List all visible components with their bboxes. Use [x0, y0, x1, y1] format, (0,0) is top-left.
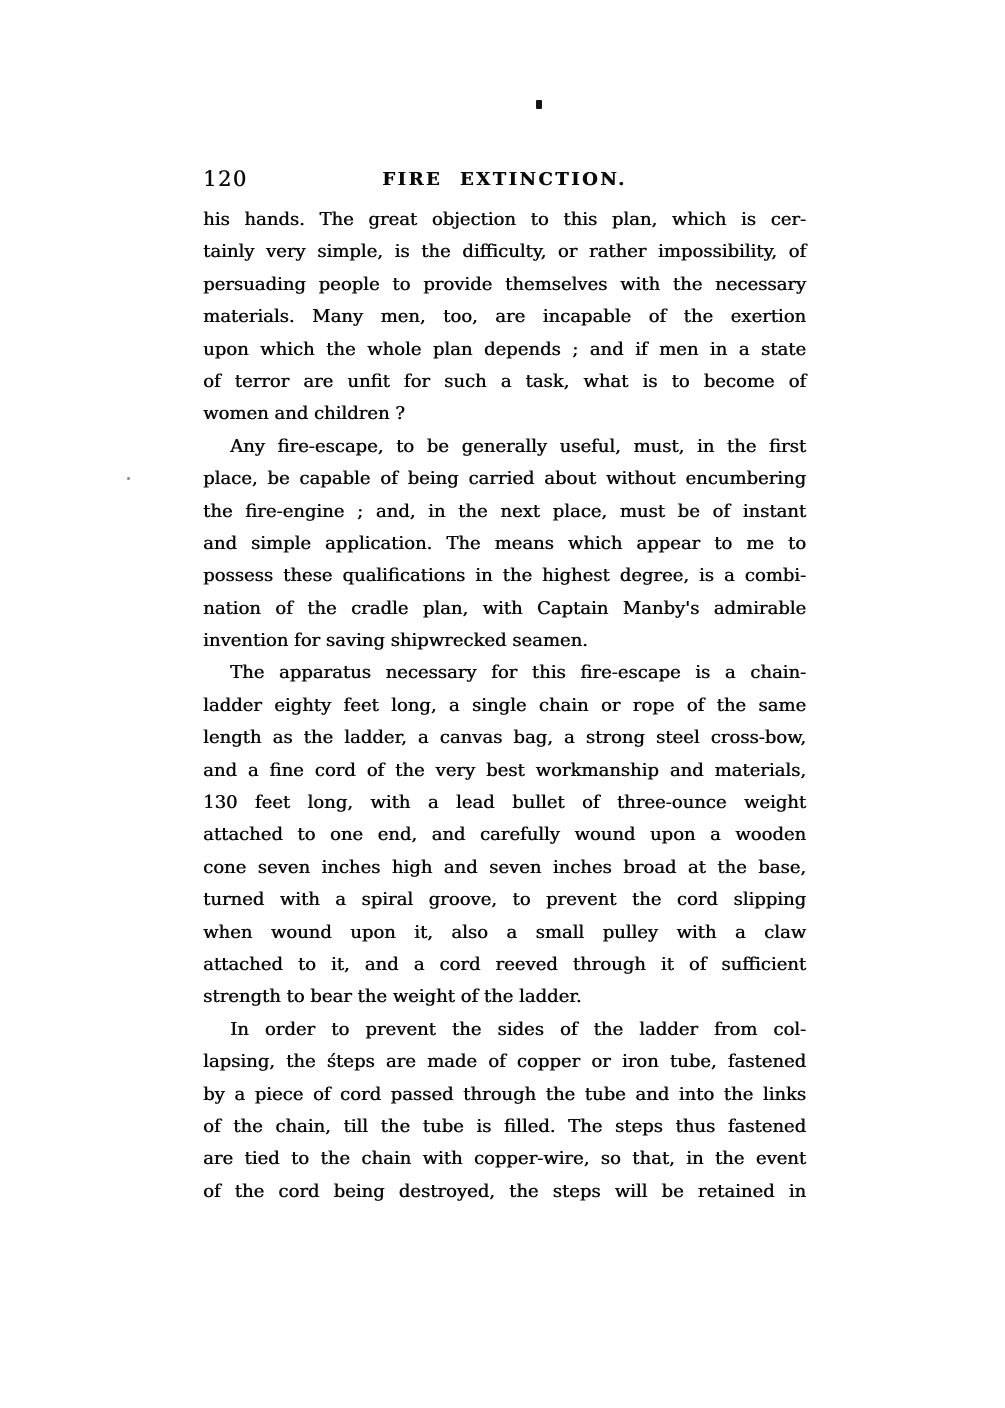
text-line: Any fire-escape, to be generally useful,… — [203, 431, 806, 463]
text-line: The apparatus necessary for this fire-es… — [203, 657, 806, 689]
text-line: length as the ladder, a canvas bag, a st… — [203, 722, 806, 754]
paragraph: The apparatus necessary for this fire-es… — [203, 657, 806, 1013]
text-line: materials. Many men, too, are incapable … — [203, 301, 806, 333]
text-line: persuading people to provide themselves … — [203, 269, 806, 301]
text-line: upon which the whole plan depends ; and … — [203, 334, 806, 366]
text-line: attached to one end, and carefully wound… — [203, 819, 806, 851]
running-title: FIRE EXTINCTION. — [203, 167, 806, 190]
text-line: by a piece of cord passed through the tu… — [203, 1079, 806, 1111]
text-line: and simple application. The means which … — [203, 528, 806, 560]
text-line: ladder eighty feet long, a single chain … — [203, 690, 806, 722]
text-line: when wound upon it, also a small pulley … — [203, 917, 806, 949]
text-line: of terror are unfit for such a task, wha… — [203, 366, 806, 398]
text-line: possess these qualifications in the high… — [203, 560, 806, 592]
text-line: attached to it, and a cord reeved throug… — [203, 949, 806, 981]
text-line: strength to bear the weight of the ladde… — [203, 981, 806, 1013]
text-line: tainly very simple, is the difficulty, o… — [203, 236, 806, 268]
text-line: of the chain, till the tube is filled. T… — [203, 1111, 806, 1143]
text-line: of the cord being destroyed, the steps w… — [203, 1176, 806, 1208]
text-line: place, be capable of being carried about… — [203, 463, 806, 495]
text-line: and a fine cord of the very best workman… — [203, 755, 806, 787]
text-line: invention for saving shipwrecked seamen. — [203, 625, 806, 657]
paragraph: In order to prevent the sides of the lad… — [203, 1014, 806, 1208]
paragraph: Any fire-escape, to be generally useful,… — [203, 431, 806, 658]
paragraph: his hands. The great objection to this p… — [203, 204, 806, 431]
text-line: In order to prevent the sides of the lad… — [203, 1014, 806, 1046]
page-number: 120 — [203, 167, 248, 191]
text-line: cone seven inches high and seven inches … — [203, 852, 806, 884]
page-header: 120 FIRE EXTINCTION. — [203, 167, 806, 197]
book-page: 120 FIRE EXTINCTION. his hands. The grea… — [0, 0, 1005, 1408]
ink-speck — [536, 100, 542, 109]
ink-speck — [127, 477, 130, 480]
text-line: the fire-engine ; and, in the next place… — [203, 496, 806, 528]
text-line: his hands. The great objection to this p… — [203, 204, 806, 236]
text-line: 130 feet long, with a lead bullet of thr… — [203, 787, 806, 819]
text-block: his hands. The great objection to this p… — [203, 204, 806, 1208]
text-line: are tied to the chain with copper-wire, … — [203, 1143, 806, 1175]
text-line: turned with a spiral groove, to prevent … — [203, 884, 806, 916]
text-line: women and children ? — [203, 398, 806, 430]
text-line: nation of the cradle plan, with Captain … — [203, 593, 806, 625]
text-line: lapsing, the śteps are made of copper or… — [203, 1046, 806, 1078]
